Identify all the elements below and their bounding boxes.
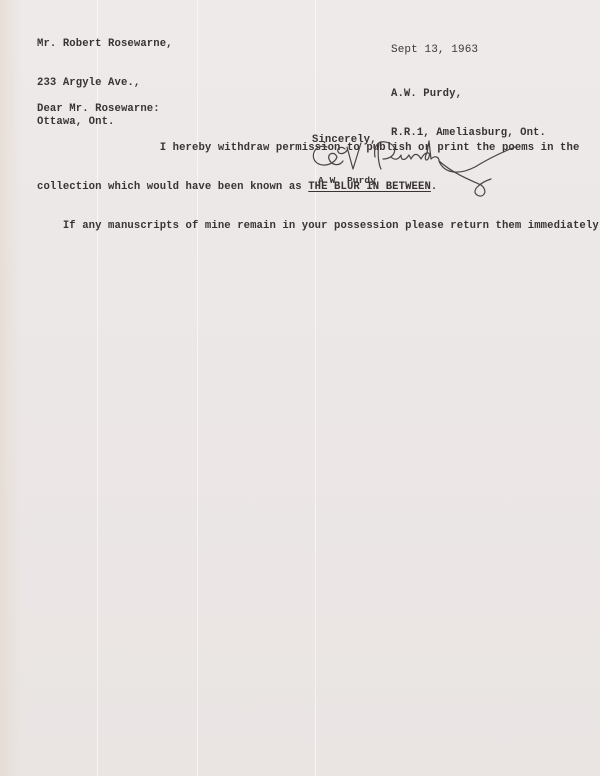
handwritten-signature <box>305 137 530 199</box>
letter-date: Sept 13, 1963 <box>391 44 546 57</box>
salutation: Dear Mr. Rosewarne: <box>37 103 600 116</box>
typed-signature-name: A.W. Purdy <box>318 174 376 187</box>
body-line-3: If any manuscripts of mine remain in you… <box>37 220 600 233</box>
letter-page: Mr. Robert Rosewarne, 233 Argyle Ave., O… <box>0 0 600 776</box>
recipient-name: Mr. Robert Rosewarne, <box>37 38 173 51</box>
